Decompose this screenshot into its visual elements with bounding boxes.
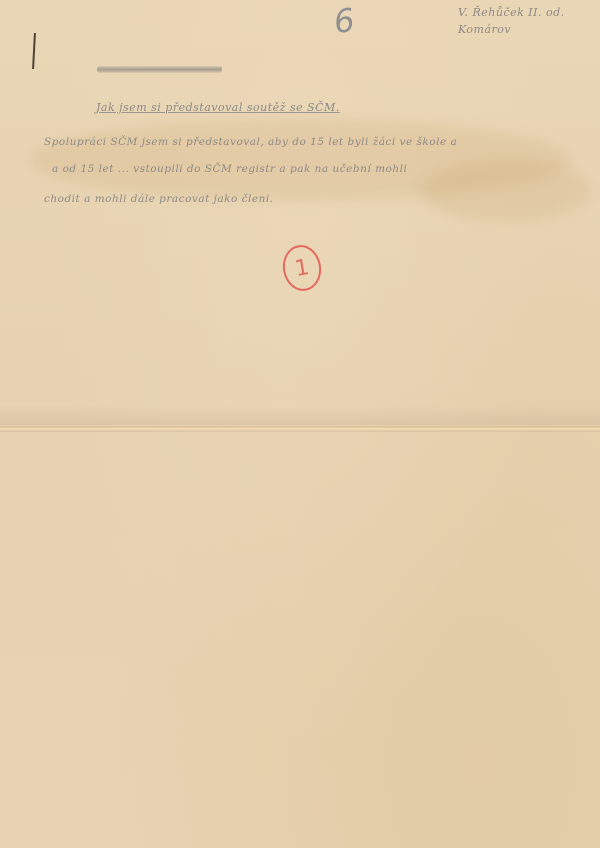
note-heading: Jak jsem si představoval soutěž se SČM. xyxy=(96,101,340,114)
red-number: 1 xyxy=(293,254,311,281)
page-number: 6 xyxy=(331,1,356,41)
paper-fold-line xyxy=(0,426,600,432)
body-line-1: Spolupráci SČM jsem si představoval, aby… xyxy=(44,136,457,148)
fold-shadow xyxy=(0,405,600,425)
red-circled-number: 1 xyxy=(279,242,324,294)
body-line-2: a od 15 let ... vstoupili do SČM registr… xyxy=(52,163,407,175)
document-page: 6 V. Řehůček II. od. Komárov Jak jsem si… xyxy=(0,0,600,848)
author-note: V. Řehůček II. od. Komárov xyxy=(458,4,565,38)
crossed-out-heading xyxy=(97,66,222,73)
body-line-3: chodit a mohli dále pracovat jako členi. xyxy=(44,193,274,205)
author-location: Komárov xyxy=(458,21,565,38)
water-stain xyxy=(420,160,590,220)
margin-mark xyxy=(32,33,36,69)
author-name: V. Řehůček II. od. xyxy=(458,4,565,21)
